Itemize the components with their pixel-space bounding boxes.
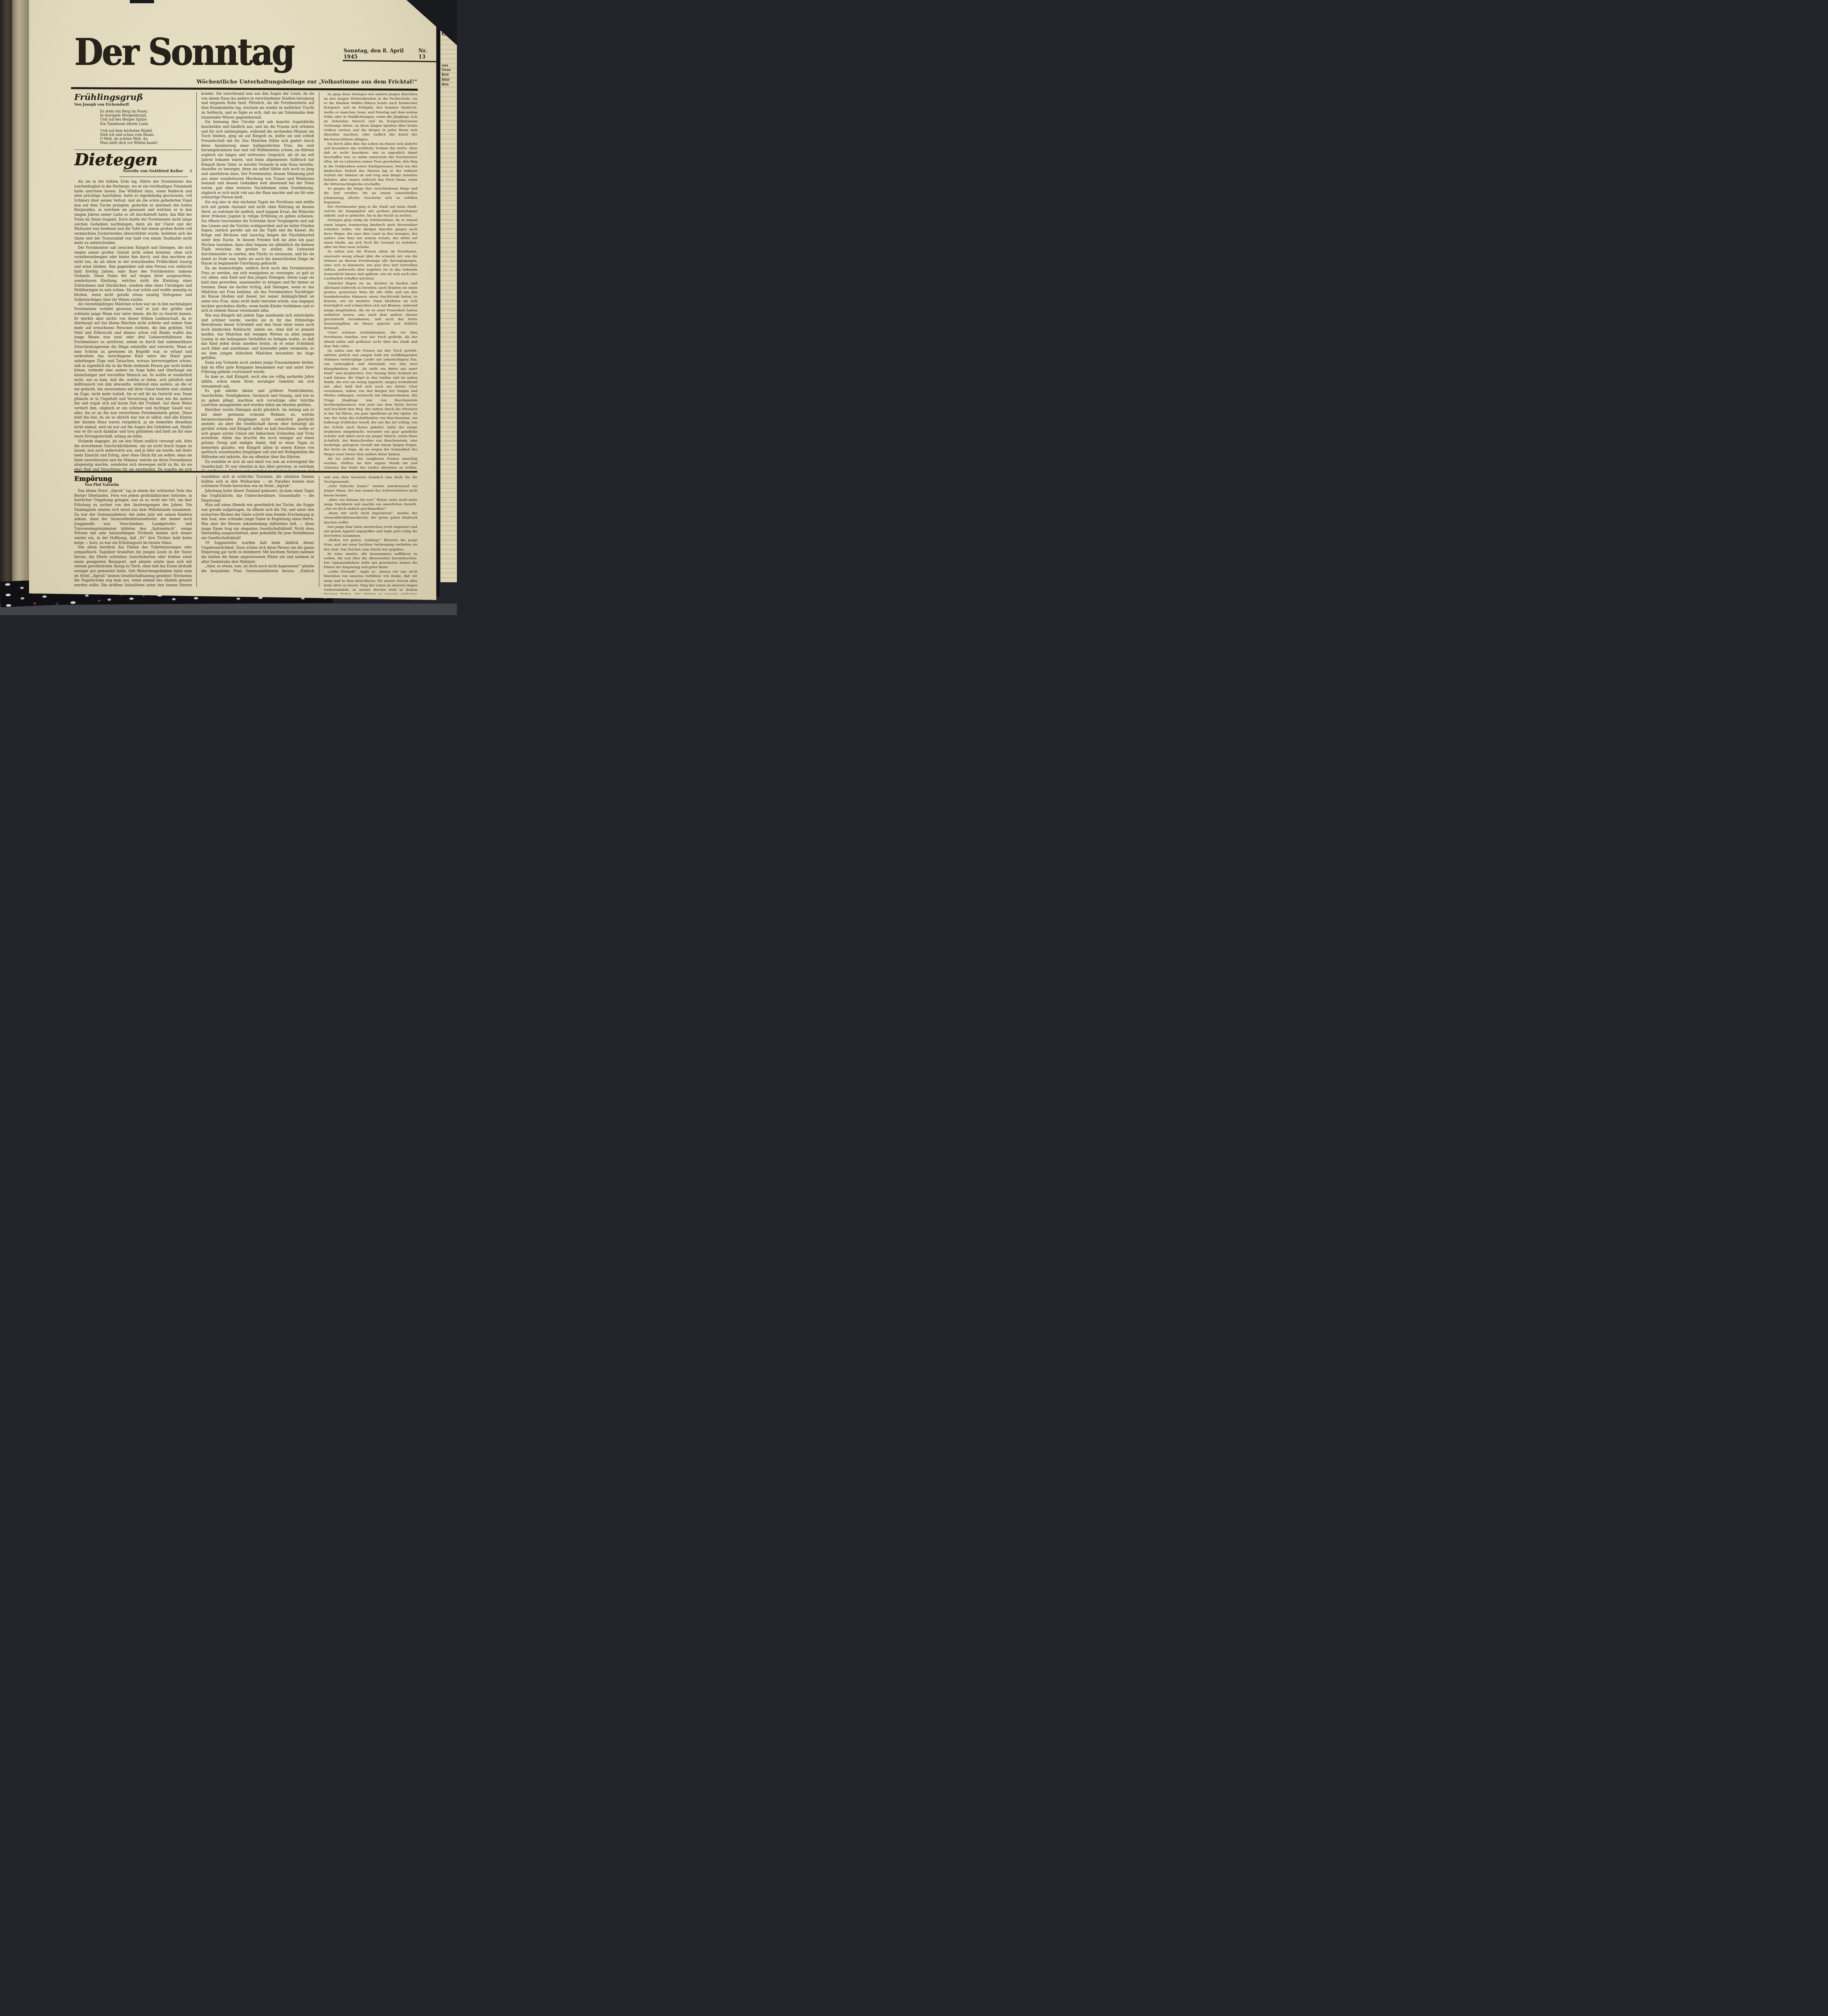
novella-byline: Novelle von Gottfried Keller: [123, 169, 183, 173]
paragraph: Man saß eines Abends wie gewöhnlich bei …: [201, 503, 314, 541]
story2-column-3: und sein Hirn bereitete heimlich eine Re…: [324, 475, 417, 594]
paragraph: Und auf dem höchsten Wipfel: [100, 129, 192, 133]
page-gutter-shadow: [436, 0, 440, 597]
paragraph: Steh ich und schau vom Baum:: [100, 133, 192, 137]
story2-column-2: wandelten sich in schlichte Touristen, d…: [201, 475, 314, 573]
dateline: Sonntag, den 8. April 1945 Nr. 13: [344, 48, 436, 60]
paragraph: Zunächst fingen sie an, Kuchen zu backen…: [324, 281, 417, 331]
masthead-rule: [71, 87, 418, 90]
paragraph: Das kleine Hotel „Alpruh“ lag in einem d…: [74, 489, 192, 546]
paragraph: „Aber, wie können Sie nur!“ flötete sein…: [324, 498, 417, 511]
paragraph: So saßen nun die Frauen allein im Forsth…: [324, 249, 417, 281]
poem-stanza-2: Und auf dem höchsten WipfelSteh ich und …: [100, 129, 192, 146]
paragraph: „Wollen wir gehen, Liebling?“ flüsterte …: [324, 538, 417, 551]
paragraph: Der Forstmeister saß zwischen Küngolt un…: [74, 246, 192, 302]
paragraph: Das junge Paar hatte inzwischen recht un…: [324, 525, 417, 538]
paragraph: Dann zog Violande noch andere junge Frau…: [201, 361, 314, 375]
novella-text-col2: konnte. Sie verschwand nun aus den Augen…: [201, 92, 314, 471]
book-spine: [0, 0, 12, 615]
column-2: konnte. Sie verschwand nun aus den Augen…: [201, 92, 314, 471]
story2-byline: Von Phil Valentin: [85, 483, 192, 487]
paragraph: Als sie in der kühlen Erde lag, führte d…: [74, 180, 192, 246]
paragraph: „Kann mir auch nicht imponieren“, meinte…: [324, 511, 417, 524]
paragraph: 19 Suppenteller wurden kalt beim Anblick…: [201, 541, 314, 565]
newspaper-page: Der Sonntag Sonntag, den 8. April 1945 N…: [29, 0, 436, 600]
paragraph: wandelten sich in schlichte Touristen, d…: [201, 475, 314, 489]
paragraph: O Welt, du schöne Welt, du,: [100, 137, 192, 141]
paragraph: aus: [440, 64, 457, 69]
paragraph: Da durch alles dies das Leben im Hause s…: [324, 142, 417, 187]
paragraph: Man sieht dich vor Blüten kaum!: [100, 141, 192, 145]
poem-byline: Von Joseph von Eichendorff: [74, 103, 192, 107]
paragraph: Sie bezwang ihre Unruhe und sah manche A…: [201, 120, 314, 200]
novella-heading: Dietegen Novelle von Gottfried Keller 4: [74, 152, 192, 177]
issue-date: Sonntag, den 8. April 1945: [344, 48, 419, 60]
paragraph: Violande dagegen, als sie den Mann endli…: [74, 439, 192, 471]
column-rule: [196, 476, 197, 587]
paragraph: „Aber, so etwas, nun, ist doch noch nich…: [201, 564, 314, 573]
paragraph: hinz: [440, 78, 457, 83]
scan-artifact: [130, 0, 154, 3]
paragraph: und sein Hirn bereitete heimlich eine Re…: [324, 475, 417, 484]
date-rule: [343, 60, 436, 62]
column-3: So ging denn Dietegen mit andern jungen …: [324, 92, 417, 471]
paragraph: Von allem berührte das Fehlen des Toilet…: [74, 546, 192, 586]
story2-column-1: Empörung Von Phil Valentin Das kleine Ho…: [74, 475, 192, 586]
paragraph: Der Forstmeister ging in die Stadt auf s…: [324, 204, 417, 218]
byline-rule: [119, 177, 188, 177]
poem-title: Frühlingsgruß: [74, 92, 192, 102]
paragraph: Brü: [440, 73, 457, 78]
paragraph: Unter schönen Lindenbäumen, die vor dem …: [324, 330, 417, 348]
story2-text-col3: und sein Hirn bereitete heimlich eine Re…: [324, 475, 417, 594]
paragraph: Da wendete er sich ab und mied von nun a…: [201, 460, 314, 471]
subtitle: Wöchentliche Unterhaltungsbeilage zur „V…: [182, 79, 417, 85]
newspaper-title: Der Sonntag: [74, 34, 294, 71]
paragraph: Und auf des Berges Spitze: [100, 118, 192, 122]
paragraph: So kam es, daß Küngolt, noch ehe sie völ…: [201, 375, 314, 389]
paragraph: Als vierzehnjähriges Mädchen schon war s…: [74, 302, 192, 439]
paragraph: Es steht ein Berg im Feuer,: [100, 110, 192, 114]
paragraph: Sie zog also in den nächsten Tagen ins F…: [201, 200, 314, 267]
section-divider-rule: [74, 471, 417, 473]
story2-title: Empörung: [74, 475, 192, 483]
paragraph: So ging denn Dietegen mit andern jungen …: [324, 92, 417, 142]
installment-number: 4: [190, 169, 192, 173]
column-rule: [196, 92, 197, 471]
scanned-newspaper-page: Der Sonntag Sonntag, den 8. April 1945 N…: [0, 0, 457, 615]
story2-text-col2: wandelten sich in schlichte Touristen, d…: [201, 475, 314, 573]
novella-title: Dietegen: [74, 152, 192, 168]
paragraph: So gingen die Dinge ihre verschiedenen W…: [324, 186, 417, 204]
paragraph: Hierüber wurde Dietegen nicht glücklich.…: [201, 408, 314, 460]
paragraph: Da saßen nun die Frauen um den Tisch ger…: [324, 348, 417, 456]
paragraph: konnte. Sie verschwand nun aus den Augen…: [201, 92, 314, 120]
paragraph: Wie nun Küngolt mit jedem Tage zusehends…: [201, 314, 314, 361]
paragraph: Es gab allerlei kleine und größere Festl…: [201, 389, 314, 408]
paragraph: Es wäre unnütz, alle Kosennamen aufführe…: [324, 552, 417, 570]
paragraph: Ein Tannbaum überm Land.: [100, 122, 192, 126]
story2-text-col1: Das kleine Hotel „Alpruh“ lag in einem d…: [74, 489, 192, 586]
paragraph: Gese: [440, 68, 457, 73]
paragraph: den: [440, 83, 457, 87]
next-page-edge: GausGeseBrühinzden: [440, 11, 457, 582]
paragraph: Als sie jedoch der sangbaren Frauen ansi…: [324, 456, 417, 471]
column-rule: [319, 92, 319, 471]
paragraph: Dietegen ging zeitig ins Schützenhaus, d…: [324, 218, 417, 249]
novella-text-col3: So ging denn Dietegen mit andern jungen …: [324, 92, 417, 471]
issue-number: Nr. 13: [419, 48, 436, 60]
paragraph: Da sie beabsichtigte, endlich doch noch …: [201, 267, 314, 314]
novella-text-col1: Als sie in der kühlen Erde lag, führte d…: [74, 180, 192, 471]
page-stack-edge: [12, 0, 29, 615]
paragraph: In feurigem Morgenbrand,: [100, 114, 192, 118]
poem-stanza-1: Es steht ein Berg im Feuer,In feurigem M…: [100, 110, 192, 126]
paragraph: Jahrelang hatte dieser Zustand gedauert,…: [201, 489, 314, 503]
column-1: Frühlingsgruß Von Joseph von Eichendorff…: [74, 92, 192, 471]
paragraph: „Sehr hübsche Dame!“ meinte anerkennend …: [324, 484, 417, 497]
column-rule: [319, 476, 319, 587]
scan-surface: [0, 604, 457, 615]
paragraph: „Liebe Freunde“, sagte er, „lassen wir u…: [324, 569, 417, 594]
